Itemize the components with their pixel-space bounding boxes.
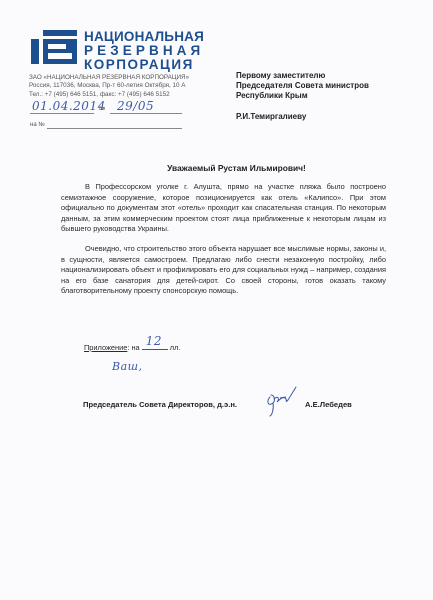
salutation: Уважаемый Рустам Ильмирович! xyxy=(0,163,433,173)
logo-line-1: НАЦИОНАЛЬНАЯ xyxy=(84,30,204,44)
body-paragraph-1: В Профессорском уголке г. Алушта, прямо … xyxy=(61,182,386,235)
registration-date: 01.04.2014 xyxy=(32,99,106,113)
attachment-label: Приложение xyxy=(84,343,127,352)
company-logo-text: НАЦИОНАЛЬНАЯ РЕЗЕРВНАЯ КОРПОРАЦИЯ xyxy=(84,30,204,72)
company-phones: Тел.: +7 (495) 646 5151, факс: +7 (495) … xyxy=(29,91,189,99)
logo-line-2: РЕЗЕРВНАЯ xyxy=(84,44,204,58)
company-info: ЗАО «НАЦИОНАЛЬНАЯ РЕЗЕРВНАЯ КОРПОРАЦИЯ» … xyxy=(29,74,189,99)
addressee-line-1: Первому заместителю xyxy=(236,71,369,81)
reference-label: на № xyxy=(30,122,45,128)
attachment-pages: 12 xyxy=(146,334,162,348)
letter-body: В Профессорском уголке г. Алушта, прямо … xyxy=(61,182,386,306)
addressee-line-2: Председателя Совета министров xyxy=(236,81,369,91)
number-label: № xyxy=(99,106,105,112)
closing: Ваш, xyxy=(112,360,143,373)
signer-name: А.Е.Лебедев xyxy=(305,400,352,409)
reference-underline xyxy=(47,128,182,129)
attachment-suffix: лл. xyxy=(170,343,181,352)
company-address: Россия, 117036, Москва, Пр-т 60-летия Ок… xyxy=(29,82,189,90)
signer-title: Председатель Совета Директоров, д.э.н. xyxy=(83,400,237,409)
addressee-name: Р.И.Темиргалиеву xyxy=(236,112,369,122)
nrc-logo-icon xyxy=(31,30,77,64)
body-paragraph-2: Очевидно, что строительство этого объект… xyxy=(61,244,386,297)
attachment-pages-field: 12 xyxy=(142,341,168,350)
attachment-line: Приложение: на 12 лл. xyxy=(84,341,180,352)
number-underline xyxy=(110,113,182,114)
addressee-line-3: Республики Крым xyxy=(236,91,369,101)
registration-number: 29/05 xyxy=(117,99,154,113)
logo-line-3: КОРПОРАЦИЯ xyxy=(84,58,204,72)
attachment-prefix: : на xyxy=(127,343,139,352)
addressee-block: Первому заместителю Председателя Совета … xyxy=(236,71,369,122)
handwritten-signature-icon xyxy=(264,383,300,417)
date-underline xyxy=(30,113,94,114)
